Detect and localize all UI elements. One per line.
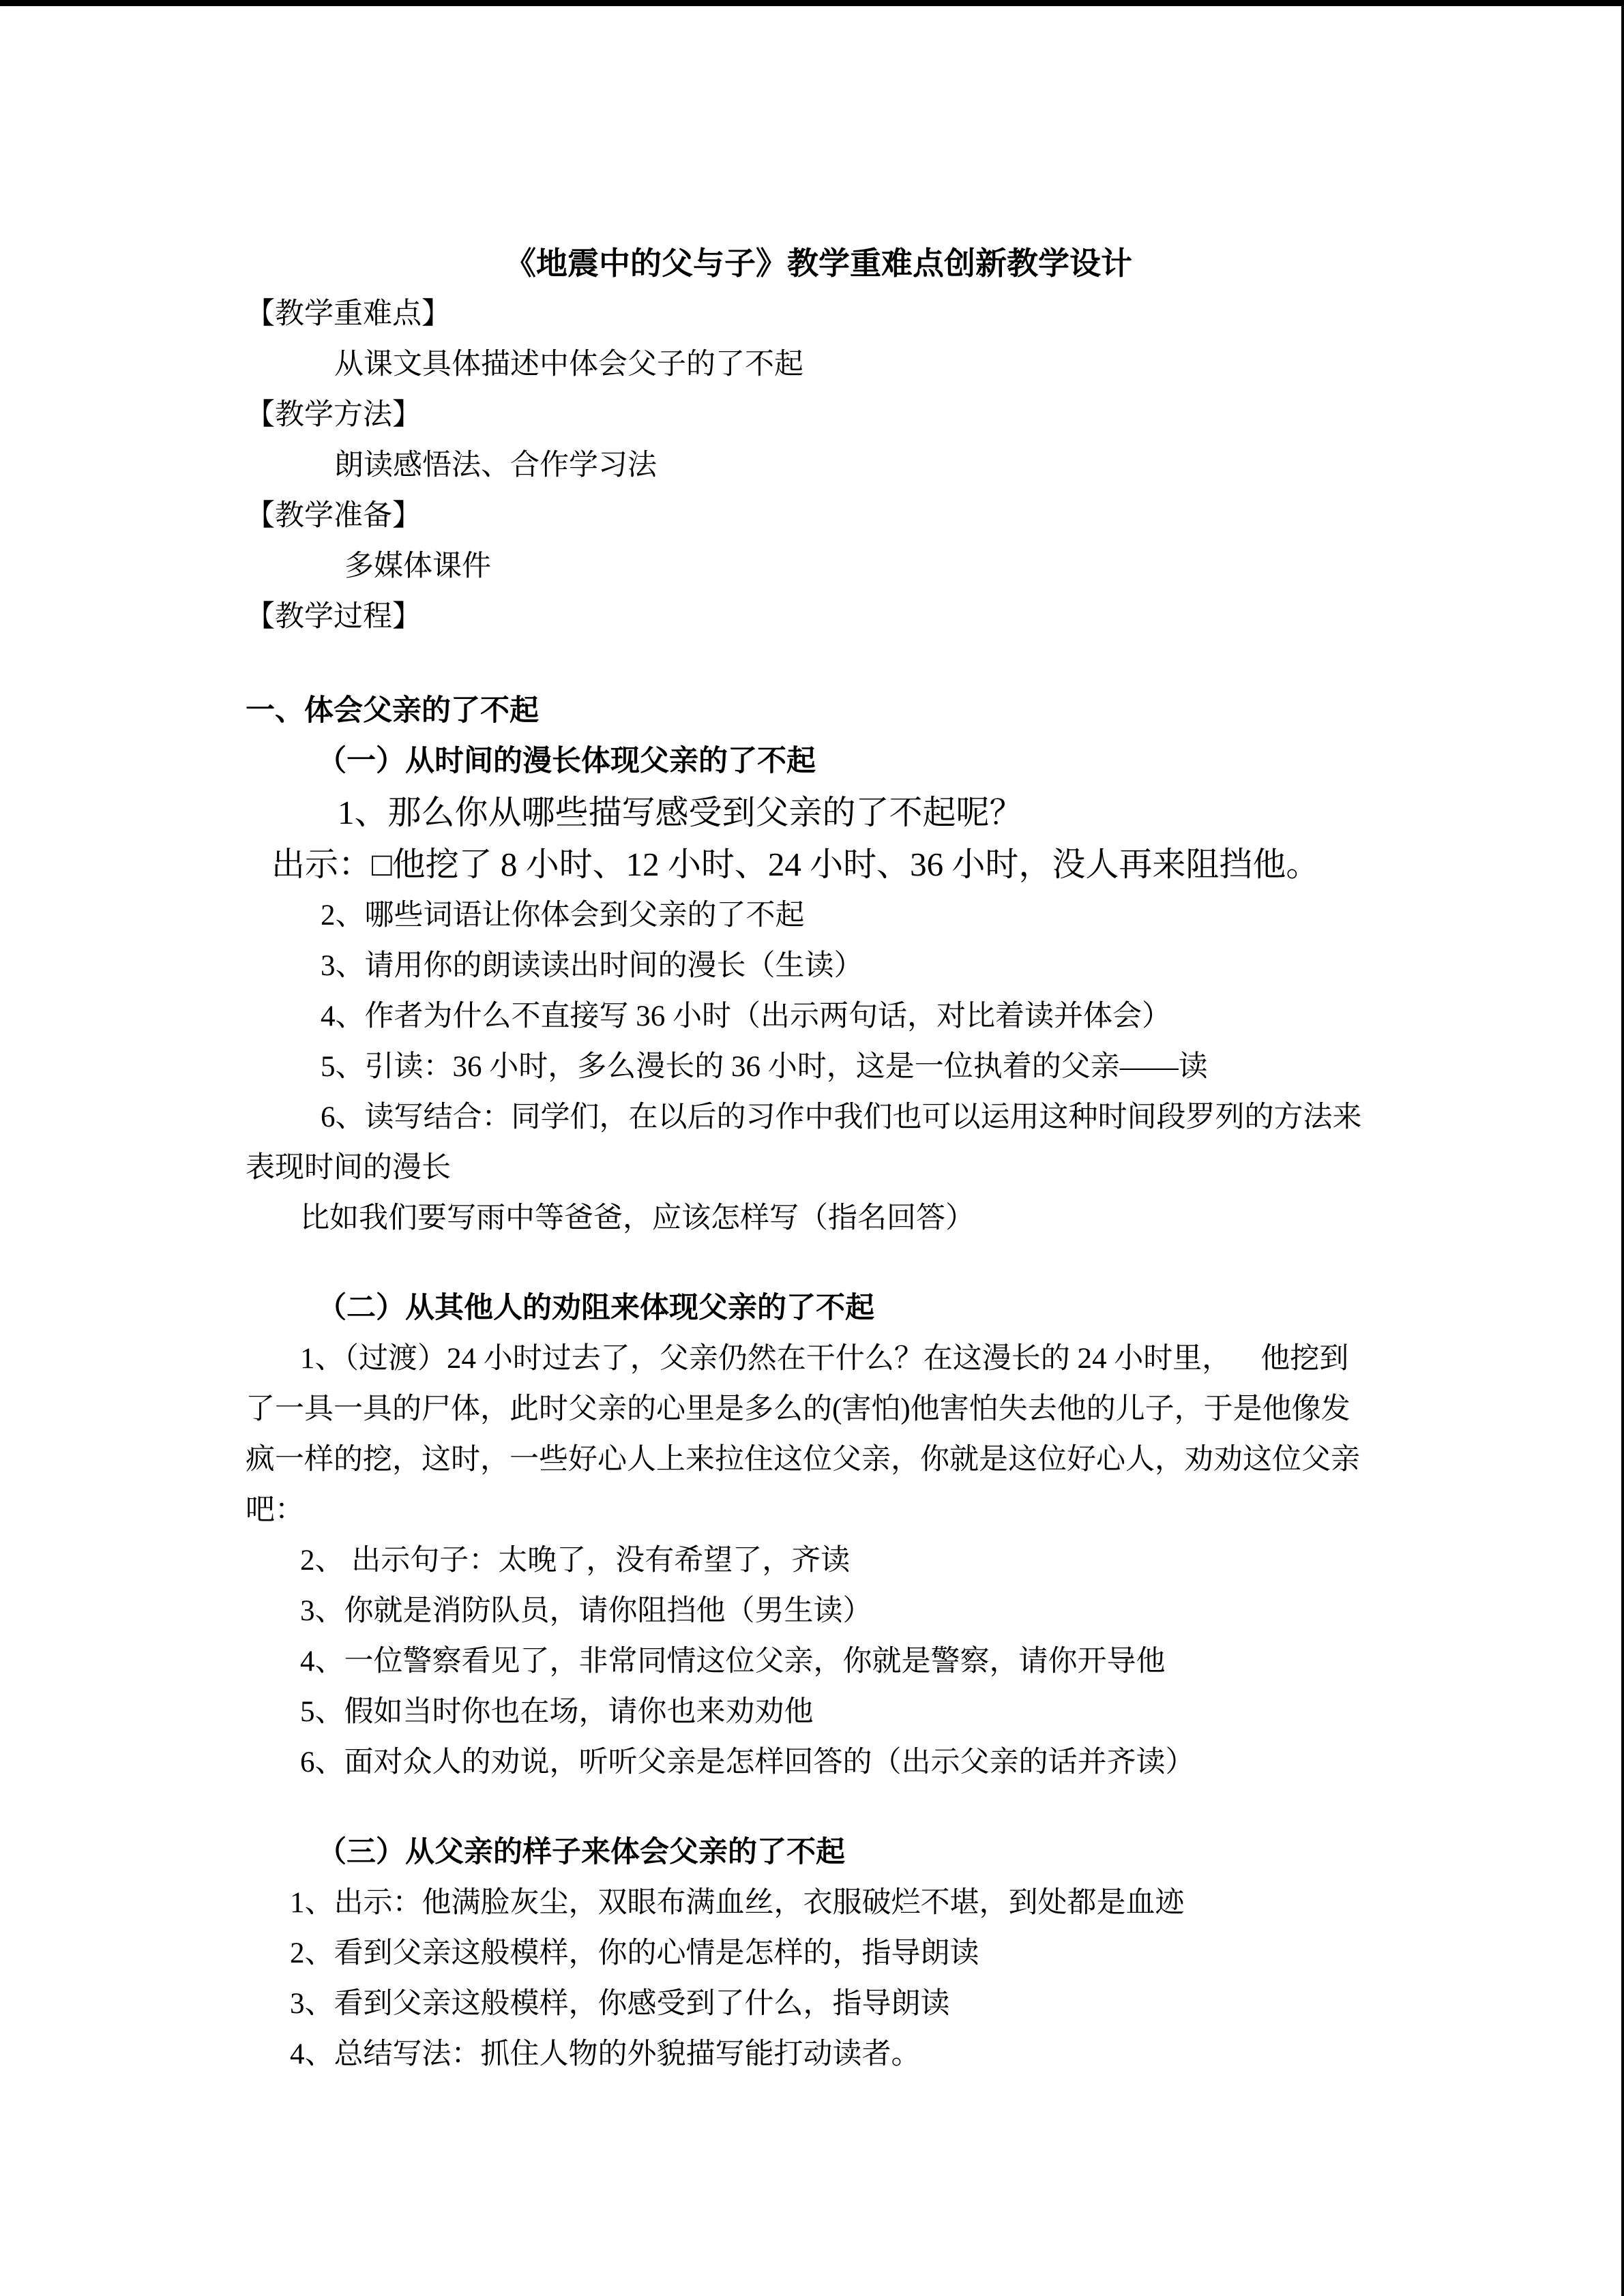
page-right-border xyxy=(1621,0,1624,2296)
doc-line: 1、出示：他满脸灰尘，双眼布满血丝，衣服破烂不堪，到处都是血迹 xyxy=(246,1878,1391,1928)
doc-line: 出示：□他挖了 8 小时、12 小时、24 小时、36 小时，没人再来阻挡他。 xyxy=(246,839,1391,891)
doc-line: 5、假如当时你也在场，请你也来劝劝他 xyxy=(246,1687,1391,1738)
doc-line: 比如我们要写雨中等爸爸，应该怎样写（指名回答） xyxy=(246,1193,1391,1244)
doc-line: 1、（过渡）24 小时过去了，父亲仍然在干什么？在这漫长的 24 小时里， 他挖… xyxy=(246,1334,1391,1384)
doc-line: （二）从其他人的劝阻来体现父亲的了不起 xyxy=(246,1283,1391,1334)
doc-line: 一、体会父亲的了不起 xyxy=(246,686,1391,736)
doc-line: （三）从父亲的样子来体会父亲的了不起 xyxy=(246,1828,1391,1878)
doc-line: 表现时间的漫长 xyxy=(246,1143,1391,1193)
doc-line: 6、读写结合：同学们，在以后的习作中我们也可以运用这种时间段罗列的方法来 xyxy=(246,1092,1391,1143)
doc-line: 4、作者为什么不直接写 36 小时（出示两句话，对比着读并体会） xyxy=(246,992,1391,1042)
document-body: 《地震中的父与子》教学重难点创新教学设计【教学重难点】从课文具体描述中体会父子的… xyxy=(246,239,1391,2080)
doc-line: 3、请用你的朗读读出时间的漫长（生读） xyxy=(246,941,1391,992)
doc-line: 2、 出示句子：太晚了，没有希望了，齐读 xyxy=(246,1536,1391,1586)
doc-line: 吧： xyxy=(246,1485,1391,1536)
doc-line: 4、一位警察看见了，非常同情这位父亲，你就是警察，请你开导他 xyxy=(246,1637,1391,1687)
doc-line: 了一具一具的尸体，此时父亲的心里是多么的(害怕)他害怕失去他的儿子，于是他像发 xyxy=(246,1384,1391,1435)
doc-line: 【教学准备】 xyxy=(246,491,1391,541)
doc-line: 6、面对众人的劝说，听听父亲是怎样回答的（出示父亲的话并齐读） xyxy=(246,1738,1391,1788)
doc-line: 从课文具体描述中体会父子的了不起 xyxy=(246,340,1391,390)
doc-line: 2、看到父亲这般模样，你的心情是怎样的，指导朗读 xyxy=(246,1928,1391,1979)
doc-line: 3、你就是消防队员，请你阻挡他（男生读） xyxy=(246,1586,1391,1637)
document-title: 《地震中的父与子》教学重难点创新教学设计 xyxy=(246,239,1391,289)
doc-line: 【教学重难点】 xyxy=(246,289,1391,340)
doc-line: （一）从时间的漫长体现父亲的了不起 xyxy=(246,736,1391,787)
document-page: 《地震中的父与子》教学重难点创新教学设计【教学重难点】从课文具体描述中体会父子的… xyxy=(0,0,1624,2296)
doc-line: 4、总结写法：抓住人物的外貌描写能打动读者。 xyxy=(246,2029,1391,2080)
doc-line: 【教学过程】 xyxy=(246,592,1391,642)
page-top-border xyxy=(0,0,1624,6)
doc-line: 2、哪些词语让你体会到父亲的了不起 xyxy=(246,891,1391,941)
doc-line: 疯一样的挖，这时，一些好心人上来拉住这位父亲，你就是这位好心人，劝劝这位父亲 xyxy=(246,1435,1391,1485)
doc-line: 朗读感悟法、合作学习法 xyxy=(246,441,1391,491)
doc-line: 多媒体课件 xyxy=(246,541,1391,592)
doc-line: 【教学方法】 xyxy=(246,390,1391,441)
doc-line: 1、那么你从哪些描写感受到父亲的了不起呢？ xyxy=(246,787,1391,839)
doc-line: 5、引读：36 小时，多么漫长的 36 小时，这是一位执着的父亲——读 xyxy=(246,1042,1391,1092)
doc-line: 3、看到父亲这般模样，你感受到了什么，指导朗读 xyxy=(246,1979,1391,2029)
